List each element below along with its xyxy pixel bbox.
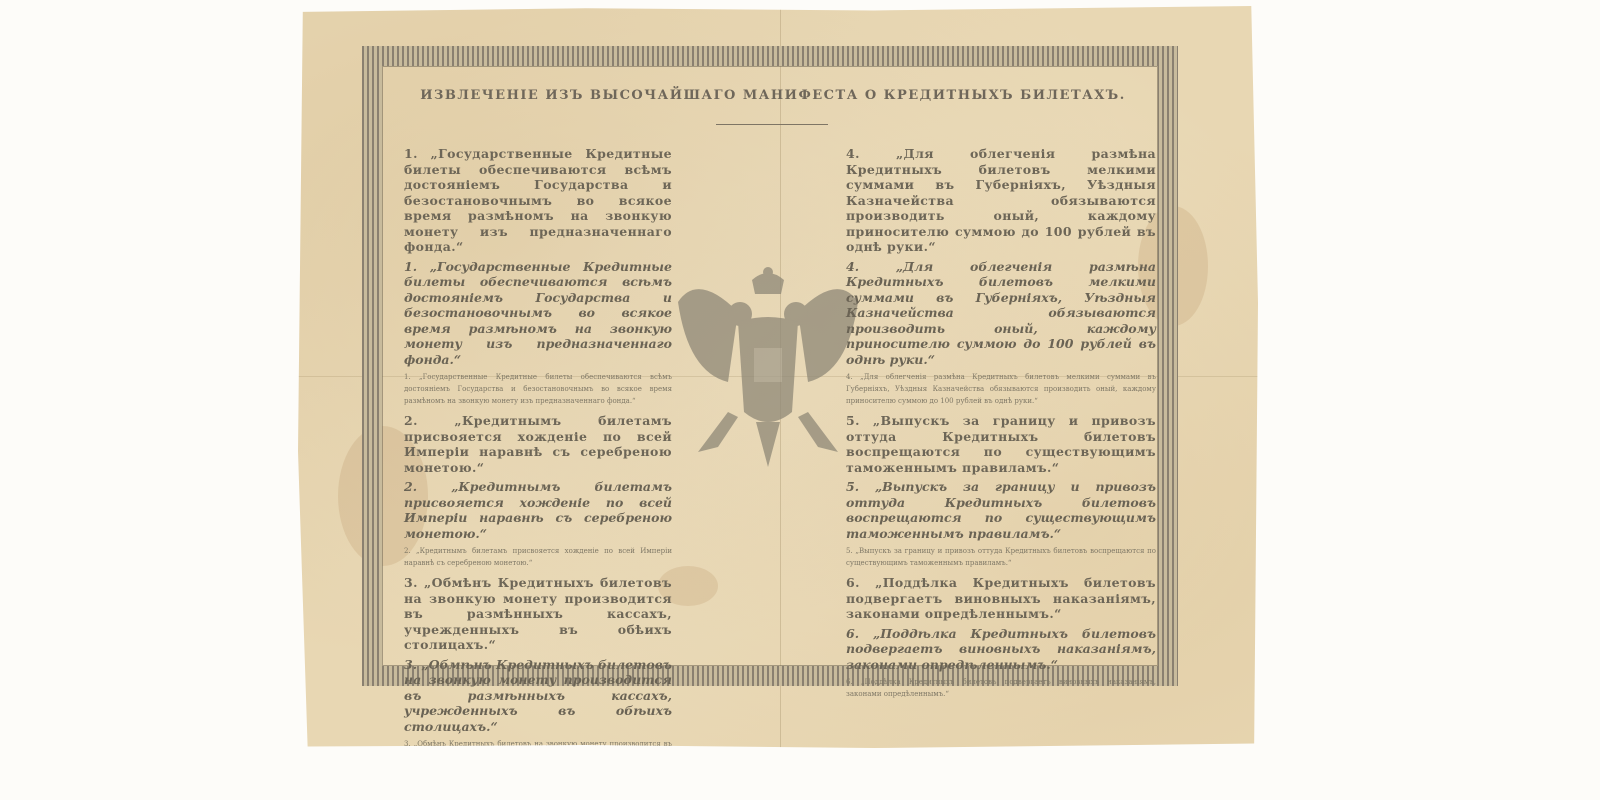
double-headed-eagle-icon <box>668 262 868 472</box>
title-underline <box>716 124 828 125</box>
article-3-print: 3. „Обмѣнъ Кредитныхъ билетовъ на звонку… <box>404 575 672 653</box>
article-4-print: 4. „Для облегченія размѣна Кредитныхъ би… <box>846 146 1156 255</box>
article-5-small: 5. „Выпускъ за границу и привозъ оттуда … <box>846 545 1156 569</box>
article-6-print: 6. „Поддѣлка Кредитныхъ билетовъ подверг… <box>846 575 1156 622</box>
article-5-script: 5. „Выпускъ за границу и привозъ оттуда … <box>846 479 1156 541</box>
article-1-small: 1. „Государственные Кредитные билеты обе… <box>404 371 672 407</box>
article-2-small: 2. „Кредитнымъ билетамъ присвояется хожд… <box>404 545 672 569</box>
article-4-small: 4. „Для облегченія размѣна Кредитныхъ би… <box>846 371 1156 407</box>
article-6-script: 6. „Поддѣлка Кредитныхъ билетовъ подверг… <box>846 626 1156 673</box>
article-2-print: 2. „Кредитнымъ билетамъ присвояется хожд… <box>404 413 672 475</box>
article-6-small: 6. „Поддѣлка Кредитныхъ билетовъ подверг… <box>846 676 1156 700</box>
article-2-script: 2. „Кредитнымъ билетамъ присвояется хожд… <box>404 479 672 541</box>
article-3-small: 3. „Обмѣнъ Кредитныхъ билетовъ на звонку… <box>404 738 672 762</box>
banknote-reverse: ИЗВЛЕЧЕНІЕ ИЗЪ ВЫСОЧАЙШАГО МАНИФЕСТА О К… <box>298 6 1258 748</box>
left-column: 1. „Государственные Кредитные билеты обе… <box>404 146 672 768</box>
article-1-print: 1. „Государственные Кредитные билеты обе… <box>404 146 672 255</box>
article-1-script: 1. „Государственные Кредитные билеты обе… <box>404 259 672 368</box>
document-title: ИЗВЛЕЧЕНІЕ ИЗЪ ВЫСОЧАЙШАГО МАНИФЕСТА О К… <box>378 88 1168 103</box>
article-3-script: 3. „Обмѣнъ Кредитныхъ билетовъ на звонку… <box>404 657 672 735</box>
article-5-print: 5. „Выпускъ за границу и привозъ оттуда … <box>846 413 1156 475</box>
right-column: 4. „Для облегченія размѣна Кредитныхъ би… <box>846 146 1156 706</box>
article-4-script: 4. „Для облегченія размѣна Кредитныхъ би… <box>846 259 1156 368</box>
